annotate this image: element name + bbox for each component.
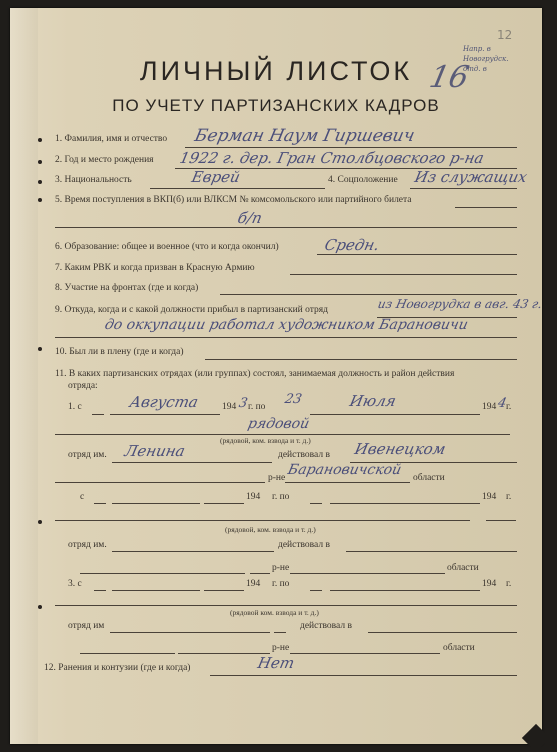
unit-1-oblast[interactable]: Барановичской [286,462,403,478]
field-8-line [220,294,517,295]
unit-3-rayon-label: р-не [272,643,289,653]
unit-2-rayon-line-b [250,573,270,574]
field-7-label: 7. Каким РВК и когда призван в Красную А… [55,263,255,273]
unit-1-from-month[interactable]: Августа [128,393,200,411]
unit-3-from-month-line-b [204,590,244,591]
unit-3-rayon-line [80,653,175,654]
field-1-value[interactable]: Берман Наум Гиршевич [193,126,417,146]
unit-3-position-hint: (рядовой ком. взвода и т. д.) [230,608,319,617]
unit-3-from-year-prefix: 194 [246,579,260,589]
unit-1-to-year-prefix: 194 [482,402,496,412]
field-5-value[interactable]: б/п [236,209,264,227]
unit-1-from-day-line [92,414,104,415]
unit-3-unit-label: отряд им [68,621,104,631]
unit-1-to-month[interactable]: Июля [348,392,398,410]
unit-2-from-year-prefix: 194 [246,492,260,502]
unit-2-from-day-line [94,503,106,504]
unit-3-acted-line [368,632,517,633]
field-6-value[interactable]: Средн. [323,236,381,254]
unit-1-position-line [55,434,510,435]
field-11-label-2: отряда: [68,381,98,391]
unit-2-rayon-label: р-не [272,563,289,573]
unit-2-position-hint: (рядовой, ком. взвода и т. д.) [225,525,316,534]
field-3-value[interactable]: Еврей [190,168,242,186]
field-5-line-2 [55,227,517,228]
field-7-line [290,274,517,275]
unit-3-from-label: 3. с [68,579,82,589]
unit-3-rayon-line-b [178,653,270,654]
margin-dot [38,180,42,184]
unit-1-unit[interactable]: Ленина [123,442,187,460]
field-2-value[interactable]: 1922 г. дер. Гран Столбцовского р-на [178,149,485,167]
unit-3-to-month-line [330,590,480,591]
margin-dot [38,160,42,164]
unit-3-year-suffix: г. [506,579,511,589]
unit-2-oblast-label: области [447,563,479,573]
field-9-line-2 [55,337,517,338]
unit-1-position[interactable]: рядовой [246,416,311,432]
field-4-line [410,188,517,189]
document-page: 12 Напр. в Новогрудск. отд. в 16 ЛИЧНЫЙ … [10,8,542,744]
margin-dot [38,138,42,142]
field-9-label: 9. Откуда, когда и с какой должности при… [55,305,328,315]
unit-3-from-day-line [94,590,106,591]
field-12-value[interactable]: Нет [256,654,296,672]
unit-1-acted[interactable]: Ивенецком [353,440,447,458]
field-4-label: 4. Соцположение [328,175,398,185]
unit-3-from-month-line [112,590,200,591]
unit-1-unit-label: отряд им. [68,450,107,460]
unit-2-acted-label: действовал в [278,540,330,550]
margin-note-line: Напр. в [463,44,508,54]
unit-3-oblast-line [290,653,440,654]
field-10-label: 10. Был ли в плену (где и когда) [55,347,184,357]
unit-2-position-line [55,520,470,521]
unit-3-unit-line [110,632,270,633]
unit-1-position-hint: (рядовой, ком. взвода и т. д.) [220,436,311,445]
field-11-label: 11. В каких партизанских отрядах (или гр… [55,369,454,379]
unit-1-to-label: г. по [248,402,265,412]
field-3-label: 3. Национальность [55,175,132,185]
field-1-line [185,147,517,148]
margin-dot [38,347,42,351]
unit-2-year-suffix: г. [506,492,511,502]
field-2-label: 2. Год и место рождения [55,155,154,165]
unit-3-position-line [55,605,517,606]
unit-3-to-day-line [310,590,322,591]
page-title: ЛИЧНЫЙ ЛИСТОК [10,56,542,87]
field-9-value[interactable]: из Новогрудка в авг. 43 г. [377,297,544,311]
unit-1-from-label: 1. с [68,402,82,412]
unit-2-to-day-line [310,503,322,504]
unit-3-to-label: г. по [272,579,289,589]
unit-1-to-month-line [310,414,480,415]
page-fold [10,8,38,744]
page-number: 12 [497,28,512,42]
field-6-label: 6. Образование: общее и военное (что и к… [55,242,279,252]
unit-1-from-year-prefix: 194 [222,402,236,412]
unit-1-unit-line [112,462,272,463]
unit-2-to-month-line [330,503,480,504]
unit-2-to-year-prefix: 194 [482,492,496,502]
field-8-label: 8. Участие на фронтах (где и когда) [55,283,198,293]
unit-1-oblast-line [285,482,410,483]
unit-2-oblast-line [290,573,445,574]
field-9-value-2[interactable]: до оккупации работал художником Баранови… [103,317,469,333]
field-6-line [317,254,517,255]
unit-1-to-day[interactable]: 23 [283,392,303,407]
unit-2-from-month-line-b [204,503,244,504]
field-12-line [210,675,517,676]
margin-dot [38,198,42,202]
unit-1-from-month-line [110,414,220,415]
page-subtitle: ПО УЧЕТУ ПАРТИЗАНСКИХ КАДРОВ [10,96,542,116]
field-4-value[interactable]: Из служащих [413,168,529,186]
unit-3-to-year-prefix: 194 [482,579,496,589]
field-1-label: 1. Фамилия, имя и отчество [55,134,167,144]
margin-dot [38,520,42,524]
unit-1-rayon-label: р-не [268,473,285,483]
unit-3-oblast-label: области [443,643,475,653]
unit-2-unit-line [112,551,274,552]
field-5-label: 5. Время поступления в ВКП(б) или ВЛКСМ … [55,195,412,205]
unit-2-unit-label: отряд им. [68,540,107,550]
field-3-line [150,188,325,189]
field-12-label: 12. Ранения и контузии (где и когда) [44,663,190,673]
unit-3-acted-label: действовал в [300,621,352,631]
unit-1-year-suffix: г. [506,402,511,412]
unit-2-rayon-line [80,573,245,574]
unit-2-position-line-b [486,520,516,521]
unit-2-from-month-line [112,503,200,504]
field-5-line [455,207,517,208]
unit-3-unit-line-b [274,632,286,633]
unit-1-acted-label: действовал в [278,450,330,460]
unit-1-rayon-line [55,482,265,483]
unit-2-from-label: с [80,492,84,502]
margin-dot [38,605,42,609]
unit-2-to-label: г. по [272,492,289,502]
unit-2-acted-line [346,551,517,552]
unit-1-oblast-label: области [413,473,445,483]
field-10-line [205,359,517,360]
